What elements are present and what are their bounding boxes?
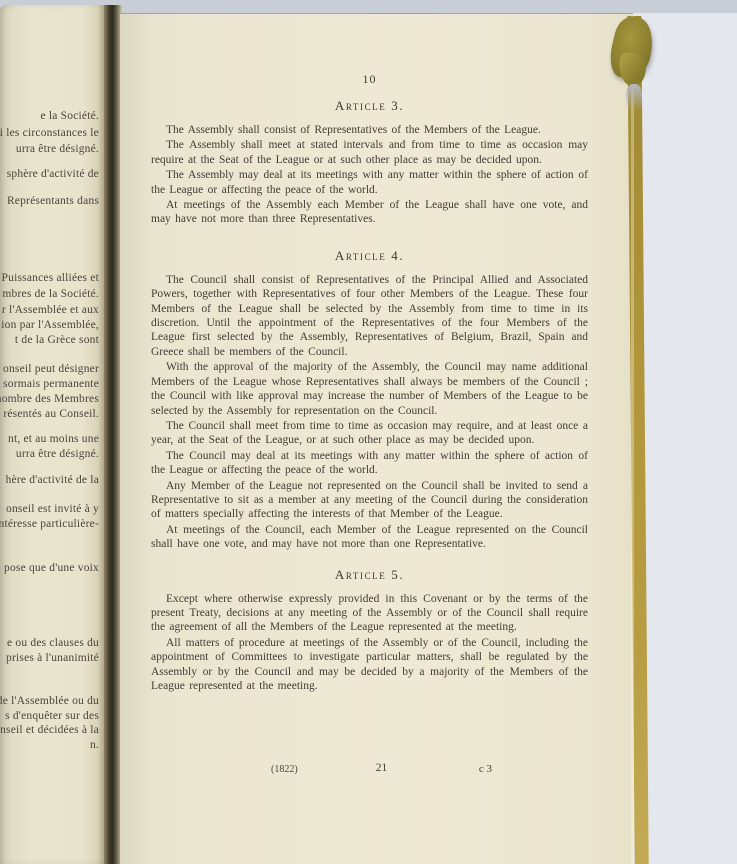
right-page: 10 Article 3.The Assembly shall consist … [120,13,633,864]
left-page-fragment: urra être désigné. [16,142,99,156]
article-heading: Article 4. [151,248,588,264]
left-page-fragment: e la Société. [41,109,99,123]
left-page-fragment: onseil et décidées à la [0,723,99,737]
left-page-fragment: mbres de la Société. [2,287,99,301]
left-page-fragment: onseil est invité à y [6,502,99,516]
article-body: The Assembly shall consist of Representa… [151,123,588,227]
left-page-fragment: t de la Grèce sont [15,333,99,347]
left-page-fragment: ion par l'Assemblée, [1,318,99,332]
left-page-fragment: onseil peut désigner [3,362,99,376]
left-page-fragment: e ou des clauses du [7,636,99,650]
articles: Article 3.The Assembly shall consist of … [151,98,588,693]
page-footer: (1822) 21 c 3 [271,762,492,778]
left-page-fragment: n. [90,738,99,752]
footer-page-number: 21 [271,762,492,774]
article-paragraph: The Assembly shall consist of Representa… [151,123,588,137]
left-page-fragment: Puissances alliées et [2,271,99,285]
article-paragraph: The Council may deal at its meetings wit… [151,449,588,478]
fore-edge-highlight [631,16,634,864]
article-paragraph: The Assembly shall meet at stated interv… [151,138,588,167]
left-page-fragment: nt, et au moins une [8,432,99,446]
article-paragraph: The Council shall meet from time to time… [151,419,588,448]
left-page-fragment: r l'Assemblée et aux [2,303,99,317]
left-page-fragment: ntéresse particulière- [0,517,99,531]
left-page: e la Société.i les circonstances leurra … [0,5,106,864]
article-paragraph: With the approval of the majority of the… [151,360,588,418]
left-page-fragment: pose que d'une voix [4,561,99,575]
article-paragraph: Except where otherwise expressly provide… [151,592,588,635]
footer-signature-mark: c 3 [479,763,492,775]
article-paragraph: All matters of procedure at meetings of … [151,636,588,694]
left-page-fragment: résentés au Conseil. [3,407,99,421]
left-page-fragment: i les circonstances le [0,126,99,140]
left-page-fragment: de l'Assemblée ou du [0,694,99,708]
article-heading: Article 3. [151,98,588,114]
page-number-top: 10 [151,72,588,87]
article-paragraph: The Council shall consist of Representat… [151,273,588,359]
article-body: Except where otherwise expressly provide… [151,592,588,694]
article-paragraph: At meetings of the Council, each Member … [151,523,588,552]
book-photo: { "colors": { "background": "#e4e7ee", "… [0,0,737,864]
left-page-fragment: prises à l'unanimité [6,651,99,665]
left-page-fragment: urra être désigné. [16,447,99,461]
article-body: The Council shall consist of Representat… [151,273,588,552]
left-page-fragment: sormais permanente [3,377,99,391]
left-page-fragment: nombre des Membres [0,392,99,406]
left-page-fragment: hère d'activité de la [6,473,99,487]
article-paragraph: The Assembly may deal at its meetings wi… [151,168,588,197]
left-page-fragment: sphère d'activité de [7,167,99,181]
article-paragraph: Any Member of the League not represented… [151,479,588,522]
article-paragraph: At meetings of the Assembly each Member … [151,198,588,227]
left-page-fragment: s d'enquêter sur des [5,709,99,723]
article-heading: Article 5. [151,567,588,583]
page-content: 10 Article 3.The Assembly shall consist … [151,14,588,693]
corner-damage-shadow [626,84,642,112]
left-page-fragment: Représentants dans [7,194,99,208]
